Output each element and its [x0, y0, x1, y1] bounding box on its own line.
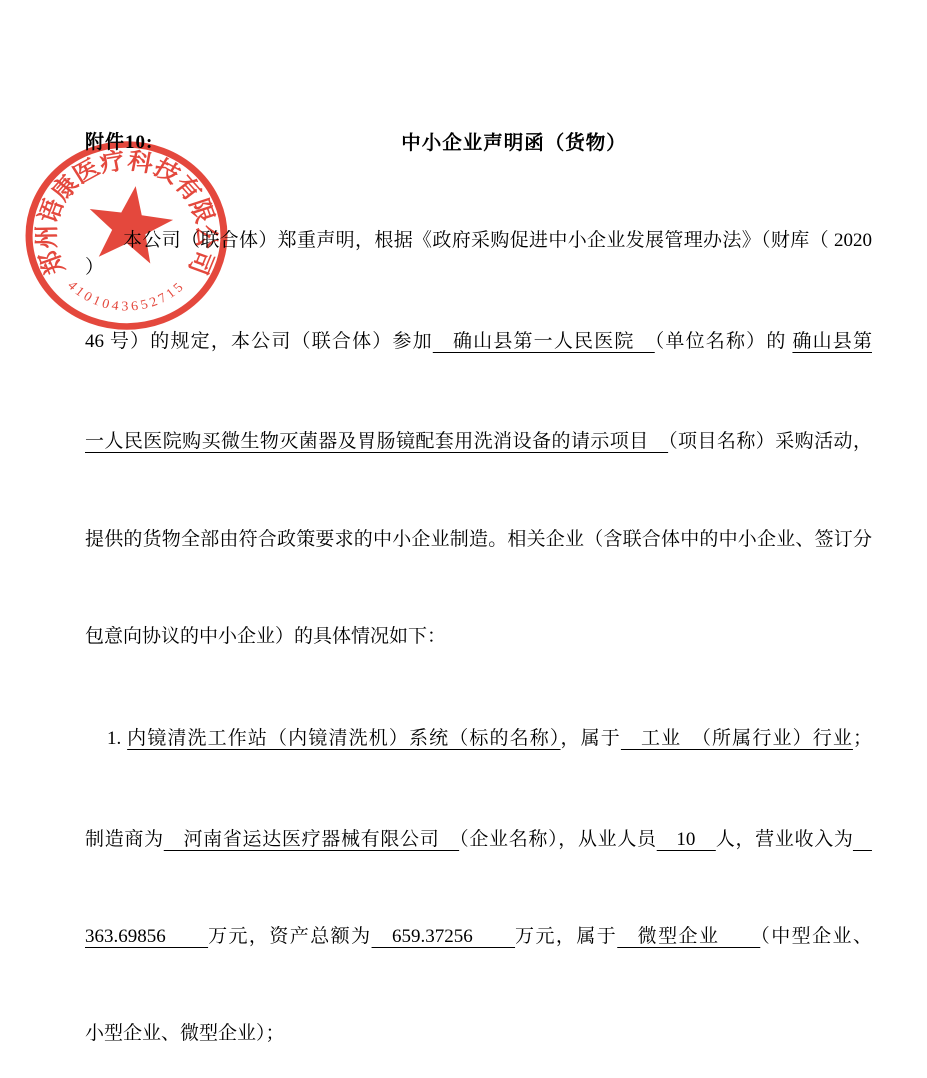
- attachment-label: 附件10:: [85, 127, 153, 154]
- text-segment: 包意向协议的中小企业）的具体情况如下：: [85, 626, 446, 647]
- body-line-4: 提供的货物全部由符合政策要求的中小企业制造。相关企业（含联合体中的中小企业、签订…: [85, 526, 872, 553]
- document-page: 附件10: 中小企业声明函（货物） 本公司（联合体）郑重声明，根据《政府采购促进…: [0, 0, 927, 1078]
- text-segment: 小型企业、微型企业）；: [85, 1023, 285, 1044]
- body-line-7: 制造商为 河南省运达医疗器械有限公司 （企业名称），从业人员 10 人，营业收入…: [85, 826, 872, 853]
- underlined-text-segment: 一人民医院购买微生物灭菌器及胃肠镜配套用洗消设备的请示项目: [85, 431, 668, 452]
- underlined-text-segment: 确山县第一人民医院: [433, 331, 655, 352]
- text-segment: （企业名称），从业人员: [459, 829, 657, 850]
- underlined-text-segment: 659.37256: [372, 926, 516, 947]
- underlined-text-segment: 10: [657, 829, 716, 850]
- text-segment: 制造商为: [85, 829, 164, 850]
- body-line-2: 46 号）的规定，本公司（联合体）参加 确山县第一人民医院 （单位名称）的 确山…: [85, 328, 872, 355]
- body-line-6: 1. 内镜清洗工作站（内镜清洗机）系统（标的名称），属于 工业 （所属行业）行业…: [85, 725, 872, 752]
- text-segment: 46 号）的规定，本公司（联合体）参加: [85, 331, 433, 352]
- text-segment: 提供的货物全部由符合政策要求的中小企业制造。相关企业（含联合体中的中小企业、签订…: [85, 529, 872, 550]
- text-segment: （项目名称）采购活动，: [668, 431, 872, 452]
- underlined-text-segment: [853, 829, 872, 850]
- text-segment: 万元，属于: [515, 926, 617, 947]
- text-segment: （中型企业、: [760, 926, 872, 947]
- body-line-9: 小型企业、微型企业）；: [85, 1020, 872, 1047]
- text-segment: 人，营业收入为: [716, 829, 853, 850]
- body-line-8: 363.69856 万元，资产总额为 659.37256 万元，属于 微型企业 …: [85, 923, 872, 950]
- text-segment: 万元，资产总额为: [208, 926, 371, 947]
- text-segment: 1.: [107, 728, 127, 749]
- text-segment: （单位名称）的: [655, 331, 793, 352]
- underlined-text-segment: 河南省运达医疗器械有限公司: [164, 829, 459, 850]
- underlined-text-segment: 内镜清洗工作站（内镜清洗机）系统（标的名称）: [127, 728, 560, 749]
- document-title: 中小企业声明函（货物）: [401, 127, 627, 155]
- body-line-5: 包意向协议的中小企业）的具体情况如下：: [85, 623, 872, 650]
- text-segment: ；: [853, 728, 872, 749]
- text-segment: ，属于: [561, 728, 621, 749]
- underlined-text-segment: 工业 （所属行业）行业: [621, 728, 853, 749]
- stamp-serial-text: 4101043652715: [65, 278, 188, 314]
- body-line-1: 本公司（联合体）郑重声明，根据《政府采购促进中小企业发展管理办法》（财库（ 20…: [85, 227, 872, 281]
- text-segment: 本公司（联合体）郑重声明，根据《政府采购促进中小企业发展管理办法》（财库（ 20…: [85, 230, 877, 278]
- body-line-3: 一人民医院购买微生物灭菌器及胃肠镜配套用洗消设备的请示项目 （项目名称）采购活动…: [85, 428, 872, 455]
- underlined-text-segment: 微型企业: [617, 926, 760, 947]
- underlined-text-segment: 363.69856: [85, 926, 208, 947]
- underlined-text-segment: 确山县第: [792, 331, 872, 352]
